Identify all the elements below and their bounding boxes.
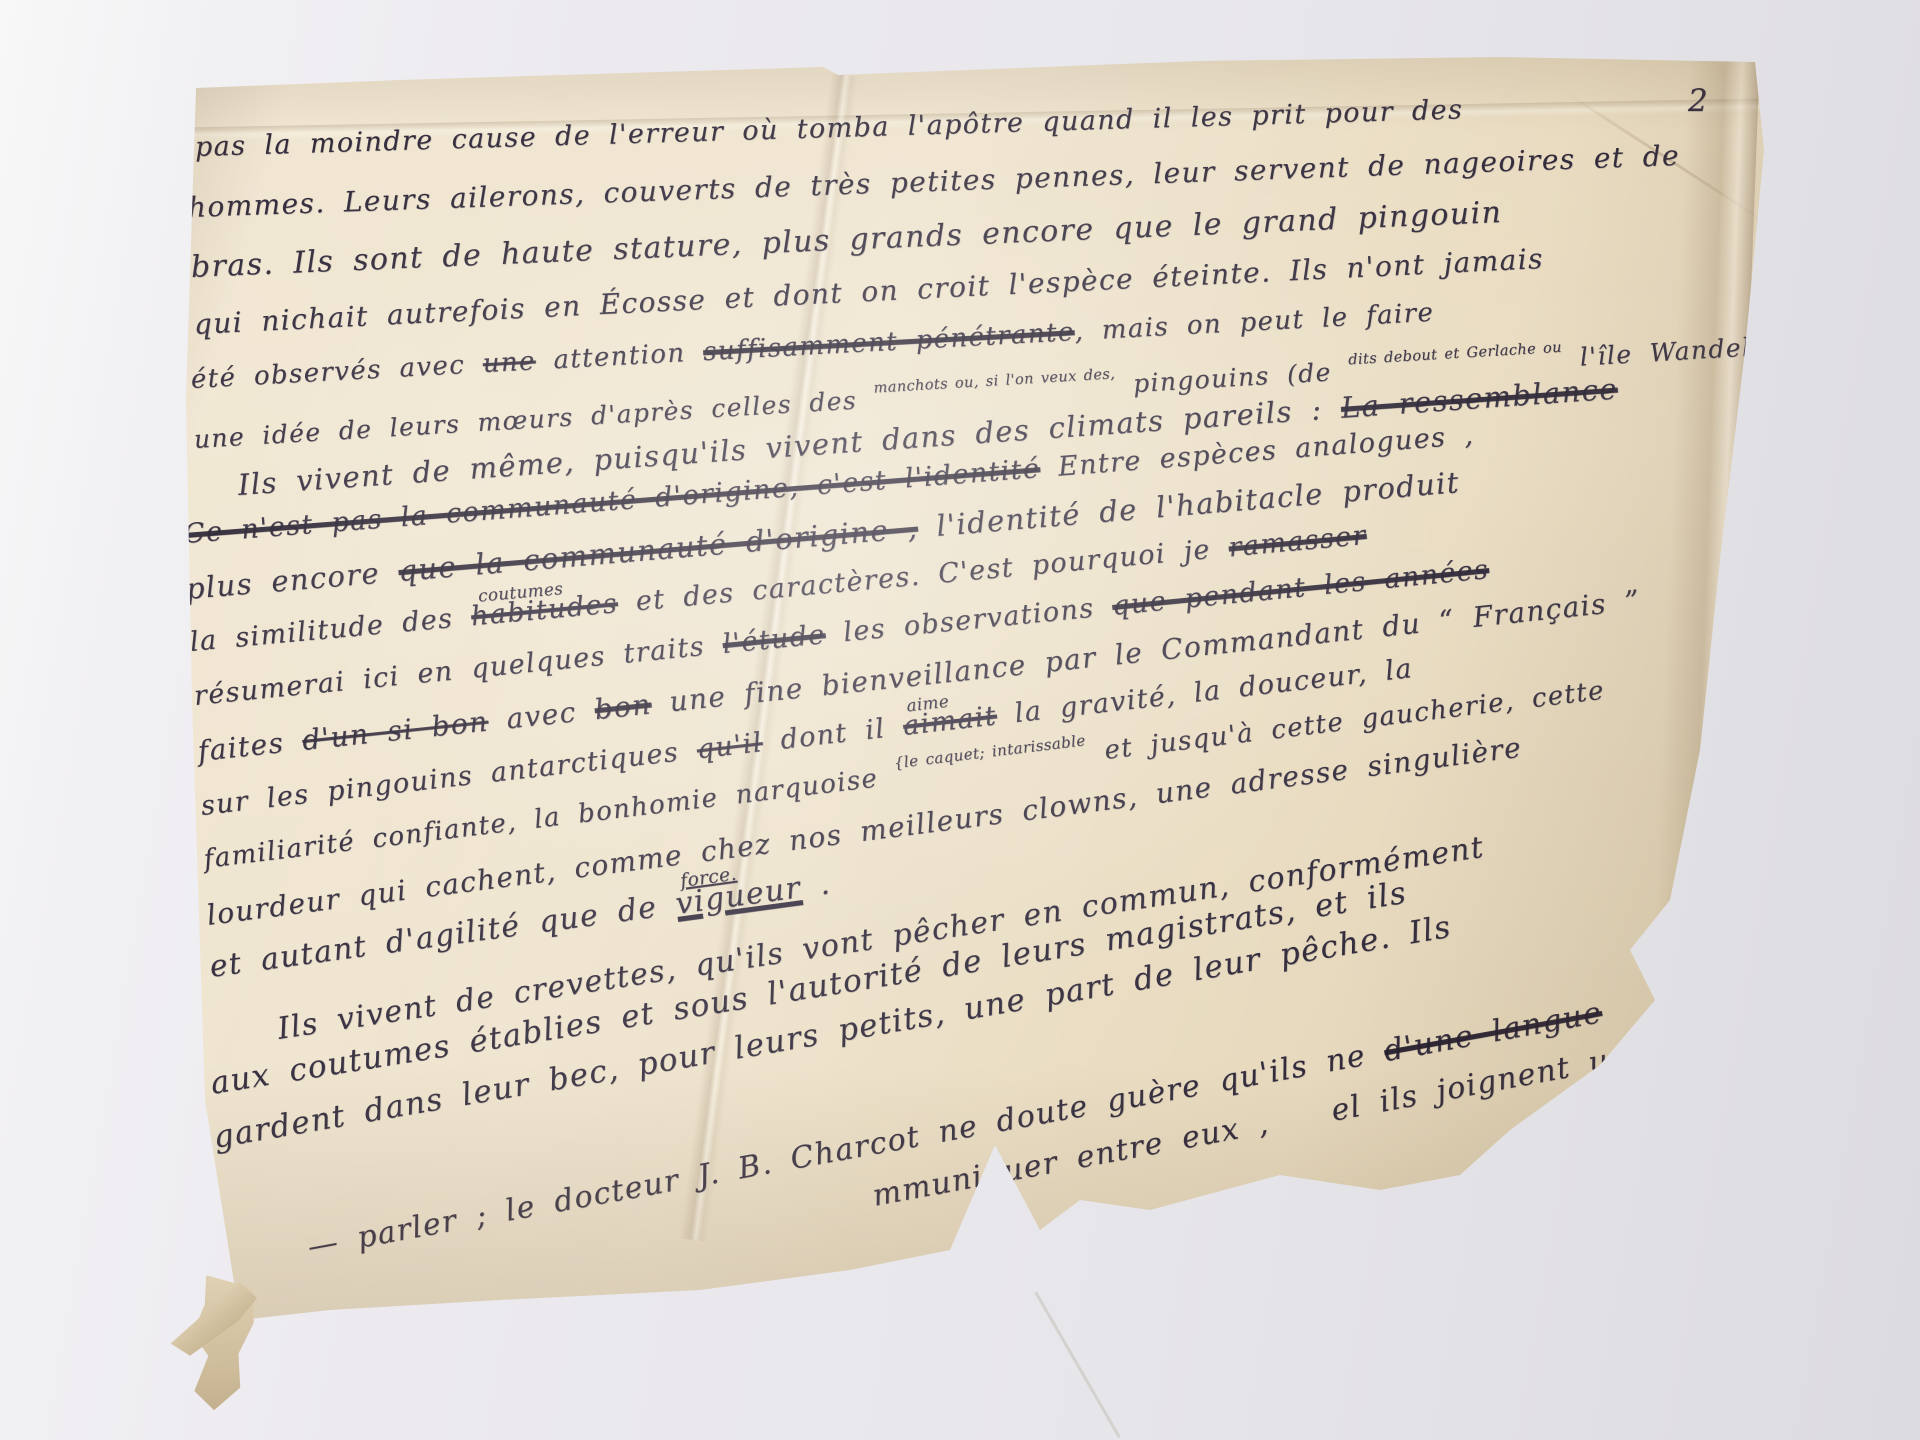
struck-text: une [482,346,537,379]
manuscript-page: 2 pas la moindre cause de l'erreur où to… [183,55,1783,1350]
photo-background: 2 pas la moindre cause de l'erreur où to… [0,0,1920,1440]
handwriting: l'île Wandel . [1562,331,1779,373]
page-number: 2 [1688,83,1708,119]
handwriting: — parler ; le docteur J. B. Charcot ne d… [305,1035,1388,1265]
struck-text: bon [593,687,653,726]
handwriting: faites [196,724,304,768]
struck-text: ramasser [1227,520,1368,563]
interlinear-insertion: dits debout et Gerlache ou [1348,340,1563,369]
torn-gap [1270,1121,1333,1133]
handwriting: les observations [824,591,1114,650]
correction: coutumeshabitudes [470,588,620,632]
handwriting: été observés avec [190,349,483,395]
struck-text: suffisamment pénétrante [702,317,1075,367]
interlinear-insertion: manchots ou, si l'on veux des, [873,366,1115,396]
handwriting: la similitude des [189,601,473,657]
struck-text: d'un si bon [301,705,490,757]
correction: aimeaimait [901,700,998,742]
struck-text: l'étude [721,619,827,660]
handwriting: avec [487,693,597,737]
handwriting: attention [535,337,704,376]
table-scratch-mark [1034,1291,1121,1438]
handwriting: . [799,866,833,905]
handwriting: dont il [761,711,905,758]
handwriting: plus encore [185,554,400,606]
paper-right-edge-curl [1650,52,1760,1044]
handwriting: , mais on peut le faire [1074,298,1435,347]
